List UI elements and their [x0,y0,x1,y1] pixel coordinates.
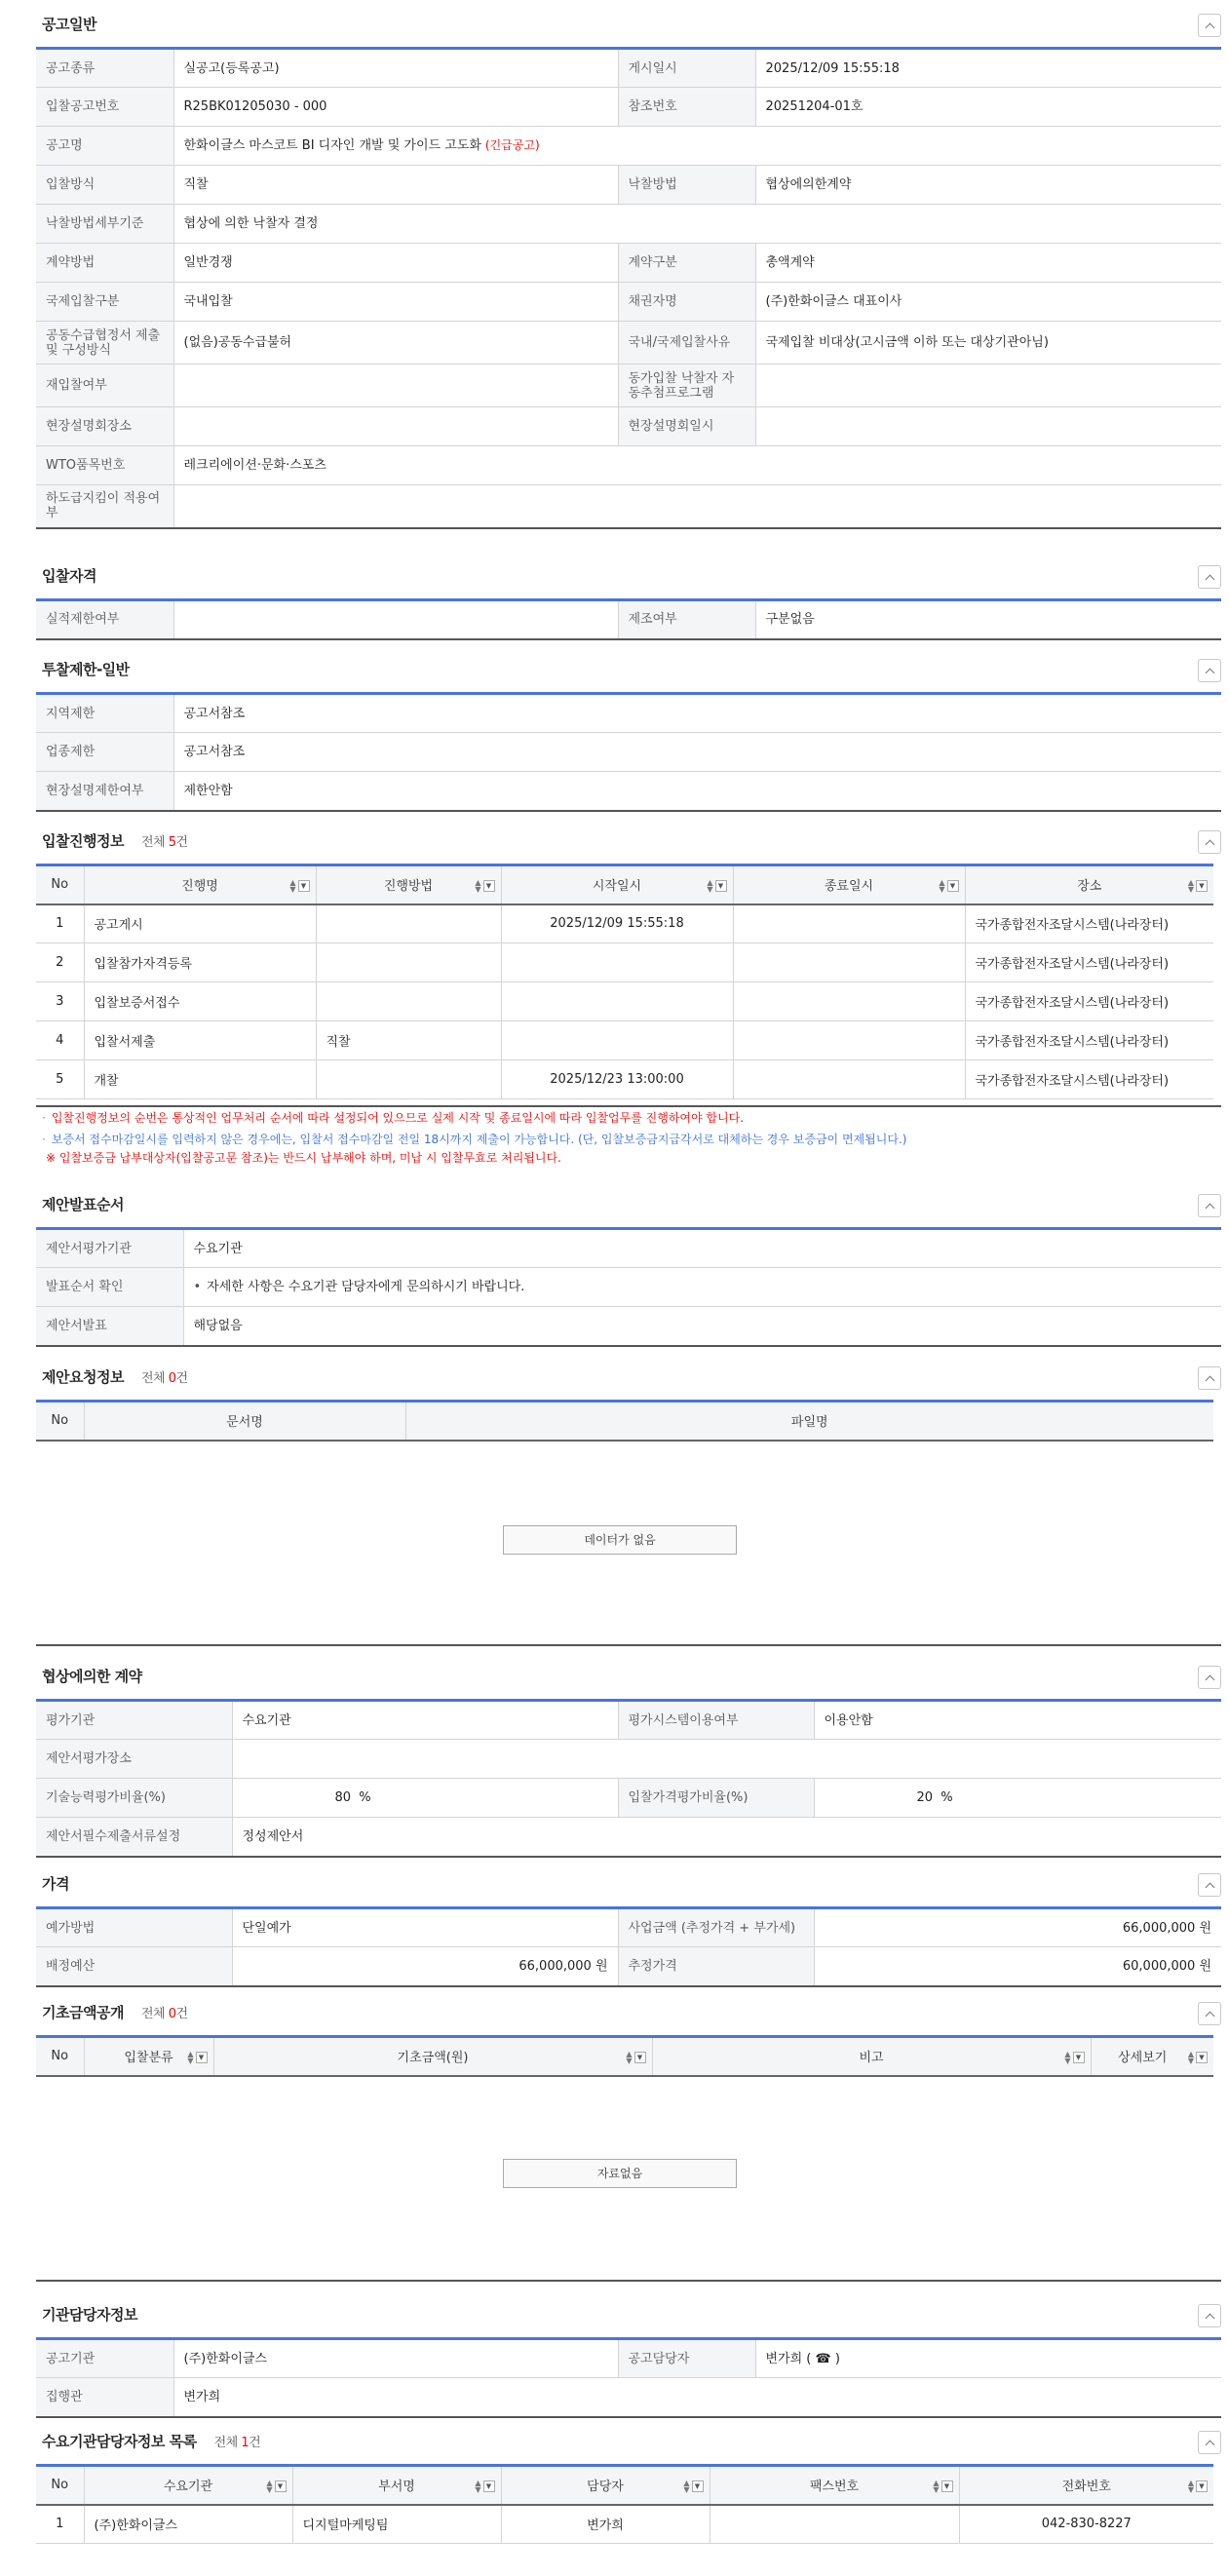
chevron-up-icon [1205,1674,1214,1684]
label: 업종제한 [36,733,173,772]
value: 공고서참조 [173,733,1221,772]
value: 변가희 [173,2378,1221,2417]
collapse-button[interactable] [1198,2002,1221,2025]
filter-dropdown-icon[interactable]: ▼ [947,880,959,892]
cell-person: 변가희 [501,2505,710,2544]
column-header-fax[interactable]: 팩스번호▲▼▼ [710,2466,959,2505]
count-prefix: 전체 [141,835,169,850]
filter-dropdown-icon[interactable]: ▼ [1073,2052,1085,2063]
cell-name: 개찰 [84,1060,316,1099]
cell-no: 2 [36,943,84,982]
notice-name: 한화이글스 마스코트 BI 디자인 개발 및 가이드 고도화(긴급공고) [173,127,1221,166]
section-title-text: 입찰진행정보 [42,832,124,850]
filter-dropdown-icon[interactable]: ▼ [1196,880,1208,892]
cell-place: 국가종합전자조달시스템(나라장터) [965,1060,1213,1099]
cell-no: 5 [36,1060,84,1099]
cell-dept: 디지털마케팅팀 [292,2505,501,2544]
table-row: 1공고게시2025/12/09 15:55:18국가종합전자조달시스템(나라장터… [36,904,1213,943]
section-title: 협상에의한 계약 [42,1666,142,1686]
bullet-icon: · [42,1133,46,1146]
chevron-up-icon [1205,1375,1214,1385]
count-badge: 전체 5건 [141,835,188,850]
sort-filter-control[interactable]: ▲▼▼ [475,2480,494,2493]
label: WTO품목번호 [36,446,173,485]
value: 2025/12/09 15:55:18 [755,49,1221,88]
label: 기술능력평가비율(%) [36,1779,232,1818]
label: 채권자명 [618,283,755,322]
qualification-table: 실적제한여부제조여부구분없음 [36,598,1221,640]
collapse-button[interactable] [1198,1873,1221,1897]
column-label: 장소 [1077,879,1101,894]
label: 참조번호 [618,88,755,127]
column-header-file: 파일명 [405,1402,1213,1441]
column-label: 시작일시 [593,879,641,894]
value: 일반경쟁 [173,244,618,283]
column-header-no: No [36,865,84,904]
cell-name: 입찰서제출 [84,1021,316,1060]
cell-place: 국가종합전자조달시스템(나라장터) [965,943,1213,982]
value [173,365,618,407]
price-table: 예가방법단일예가사업금액 (추정가격 + 부가세)66,000,000 원 배정… [36,1906,1221,1987]
note-warning: ※ 입찰보증금 납부대상자(입찰공고문 참조)는 반드시 납부해야 하며, 미납… [36,1150,1221,1166]
cell-start [501,1021,733,1060]
value: 공고서참조 [173,694,1221,733]
empty-message: 데이터가 없음 [503,1525,737,1555]
column-header-end[interactable]: 종료일시▲▼▼ [733,865,965,904]
section-title: 입찰자격 [42,565,96,586]
cell-no: 1 [36,904,84,943]
label: 제안서평가장소 [36,1740,232,1779]
note-text: 입찰진행정보의 순번은 통상적인 업무처리 순서에 따라 설정되어 있으므로 실… [52,1111,744,1125]
bullet-icon: • [194,1280,202,1294]
section-title: 수요기관담당자정보 목록전체 1건 [42,2431,260,2451]
note-red: ·입찰진행정보의 순번은 통상적인 업무처리 순서에 따라 설정되어 있으므로 … [36,1107,1221,1129]
section-title: 입찰진행정보전체 5건 [42,830,188,851]
table-row: 5개찰2025/12/23 13:00:00국가종합전자조달시스템(나라장터) [36,1060,1213,1099]
cell-start: 2025/12/23 13:00:00 [501,1060,733,1099]
table-row: 2입찰참가자격등록국가종합전자조달시스템(나라장터) [36,943,1213,982]
table-row: 3입찰보증서접수국가종합전자조달시스템(나라장터) [36,982,1213,1021]
value: 수요기관 [183,1229,1221,1268]
column-header-start[interactable]: 시작일시▲▼▼ [501,865,733,904]
count-prefix: 전체 [141,2007,169,2021]
cell-agency: (주)한화이글스 [84,2505,292,2544]
label: 공고기관 [36,2339,173,2378]
section-title: 제안발표순서 [42,1194,124,1214]
collapse-button[interactable] [1198,1194,1221,1217]
section-title: 기관담당자정보 [42,2304,137,2325]
cell-name: 입찰참가자격등록 [84,943,316,982]
value: 실공고(등록공고) [173,49,618,88]
chevron-up-icon [1205,2313,1214,2323]
label: 공동수급협정서 제출 및 구성방식 [36,322,173,365]
base-amount-table: No 입찰분류▲▼▼ 기초금액(원)▲▼▼ 비고▲▼▼ 상세보기▲▼▼ [36,2035,1213,2077]
presentation-section: 제안발표순서 제안서평가기관수요기관 발표순서 확인•자세한 사항은 수요기관 … [36,1180,1221,1347]
value: 직찰 [173,166,618,205]
label: 현장설명제한여부 [36,772,173,811]
label: 제안서필수제출서류설정 [36,1818,232,1857]
sort-icon[interactable]: ▲▼ [683,2480,689,2493]
cell-start [501,943,733,982]
value: 60,000,000 원 [814,1947,1221,1986]
count-suffix: 건 [175,835,187,850]
section-title: 가격 [42,1873,69,1894]
value: 협상에 의한 낙찰자 결정 [173,205,1221,244]
section-title-text: 기초금액공개 [42,2004,124,2021]
label: 계약구분 [618,244,755,283]
demand-contacts-table: No 수요기관▲▼▼ 부서명▲▼▼ 담당자▲▼▼ 팩스번호▲▼▼ 전화번호▲▼▼… [36,2464,1213,2544]
column-label: 상세보기 [1118,2051,1167,2065]
cell-method [316,982,501,1021]
value: 협상에의한계약 [755,166,1221,205]
sort-filter-control[interactable]: ▲▼▼ [1188,879,1208,893]
sort-icon[interactable]: ▲▼ [1188,2480,1194,2493]
value [173,600,618,639]
filter-dropdown-icon[interactable]: ▼ [941,2480,953,2492]
chevron-up-icon [1205,22,1214,32]
column-header-agency[interactable]: 수요기관▲▼▼ [84,2466,292,2505]
cell-place: 국가종합전자조달시스템(나라장터) [965,904,1213,943]
presentation-table: 제안서평가기관수요기관 발표순서 확인•자세한 사항은 수요기관 담당자에게 문… [36,1227,1221,1347]
filter-dropdown-icon[interactable]: ▼ [634,2052,646,2063]
sort-icon[interactable]: ▲▼ [475,2480,480,2493]
sort-filter-control[interactable]: ▲▼▼ [1064,2051,1084,2064]
label: 공고종류 [36,49,173,88]
cell-end [733,982,965,1021]
label: 현장설명회일시 [618,407,755,446]
sort-filter-control[interactable]: ▲▼▼ [266,2480,286,2493]
value: R25BK01205030 - 000 [173,88,618,127]
chevron-up-icon [1205,574,1214,584]
sort-filter-control[interactable]: ▲▼▼ [626,2051,645,2064]
collapse-button[interactable] [1198,1366,1221,1390]
label: 국내/국제입찰사유 [618,322,755,365]
filter-dropdown-icon[interactable]: ▼ [692,2480,704,2492]
value: 66,000,000 원 [814,1908,1221,1947]
sort-filter-control[interactable]: ▲▼▼ [939,879,958,893]
agency-contact-table: 공고기관(주)한화이글스공고담당자변가희 ( ☎ ) 집행관변가희 [36,2337,1221,2418]
label: 재입찰여부 [36,365,173,407]
chevron-up-icon [1205,2011,1214,2020]
restriction-section: 투찰제한-일반 지역제한공고서참조 업종제한공고서참조 현장설명제한여부제한안함 [36,645,1221,812]
column-header-person[interactable]: 담당자▲▼▼ [501,2466,710,2505]
cell-end [733,904,965,943]
count-number: 1 [241,2436,249,2450]
note-blue: ·보증서 접수마감일시를 입력하지 않은 경우에는, 입찰서 접수마감일 전일 … [36,1129,1221,1150]
label: 입찰가격평가비율(%) [618,1779,814,1818]
collapse-button[interactable] [1198,2304,1221,2327]
empty-message: 자료없음 [503,2159,737,2188]
proposal-request-table: No 문서명 파일명 [36,1400,1213,1442]
value: 20 % [814,1779,1221,1818]
cell-method [316,904,501,943]
label: 제안서발표 [36,1307,183,1346]
value: 수요기관 [232,1701,618,1740]
progress-table: No 진행명▲▼▼ 진행방법▲▼▼ 시작일시▲▼▼ 종료일시▲▼▼ 장소▲▼▼ … [36,864,1213,1099]
value: 단일예가 [232,1908,618,1947]
cell-place: 국가종합전자조달시스템(나라장터) [965,982,1213,1021]
value: 국제입찰 비대상(고시금액 이하 또는 대상기관아님) [755,322,1221,365]
cell-method: 직찰 [316,1021,501,1060]
agency-contact-section: 기관담당자정보 공고기관(주)한화이글스공고담당자변가희 ( ☎ ) 집행관변가… [36,2290,1221,2418]
count-badge: 전체 0건 [141,2007,188,2021]
count-suffix: 건 [175,1371,187,1386]
section-title: 투찰제한-일반 [42,659,130,679]
value: (주)한화이글스 [173,2339,618,2378]
label: 추정가격 [618,1947,814,1986]
column-header-no: No [36,1402,84,1441]
count-suffix: 건 [249,2436,260,2450]
label: 배정예산 [36,1947,232,1986]
column-header-category[interactable]: 입찰분류▲▼▼ [84,2037,213,2076]
cell-method [316,1060,501,1099]
column-header-phone[interactable]: 전화번호▲▼▼ [959,2466,1213,2505]
sort-filter-control[interactable]: ▲▼▼ [933,2480,952,2493]
sort-icon[interactable]: ▲▼ [1188,2051,1194,2064]
filter-dropdown-icon[interactable]: ▼ [275,2480,287,2492]
column-label: 수요기관 [164,2480,212,2494]
empty-area: 자료없음 [36,2077,1221,2282]
sort-icon[interactable]: ▲▼ [933,2480,939,2493]
label: 지역제한 [36,694,173,733]
cell-no: 4 [36,1021,84,1060]
filter-dropdown-icon[interactable]: ▼ [1196,2052,1208,2063]
label: 게시일시 [618,49,755,88]
cell-no: 1 [36,2505,84,2544]
column-label: 부서명 [378,2480,415,2494]
column-header-remark[interactable]: 비고▲▼▼ [652,2037,1091,2076]
sort-filter-control[interactable]: ▲▼▼ [475,879,494,893]
column-header-doc: 문서명 [84,1402,405,1441]
count-badge: 전체 1건 [214,2436,261,2450]
collapse-button[interactable] [1198,2431,1221,2454]
base-amount-section: 기초금액공개전체 0건 No 입찰분류▲▼▼ 기초금액(원)▲▼▼ 비고▲▼▼ … [36,1988,1221,2282]
column-header-name[interactable]: 진행명▲▼▼ [84,865,316,904]
value: (주)한화이글스 대표이사 [755,283,1221,322]
collapse-button[interactable] [1198,1666,1221,1689]
value: 정성제안서 [232,1818,1221,1857]
filter-dropdown-icon[interactable]: ▼ [483,2480,495,2492]
bullet-icon: · [42,1111,46,1125]
section-title-text: 제안요청정보 [42,1368,124,1386]
urgent-badge: (긴급공고) [485,138,540,152]
count-badge: 전체 0건 [141,1371,188,1386]
sort-filter-control[interactable]: ▲▼▼ [1188,2480,1208,2493]
note-text: 보증서 접수마감일시를 입력하지 않은 경우에는, 입찰서 접수마감일 전일 1… [52,1133,907,1146]
label: 낙찰방법 [618,166,755,205]
label: 계약방법 [36,244,173,283]
label: 입찰공고번호 [36,88,173,127]
value [173,485,1221,528]
sort-icon[interactable]: ▲▼ [1064,2051,1070,2064]
label: 공고담당자 [618,2339,755,2378]
value: 해당없음 [183,1307,1221,1346]
cell-phone: 042-830-8227 [959,2505,1213,2544]
general-table: 공고종류실공고(등록공고)게시일시2025/12/09 15:55:18 입찰공… [36,47,1221,529]
value: 레크리에이션·문화·스포츠 [173,446,1221,485]
sort-icon[interactable]: ▲▼ [939,879,944,893]
label: 제안서평가기관 [36,1229,183,1268]
cell-fax [710,2505,959,2544]
sort-filter-control[interactable]: ▲▼▼ [289,879,309,893]
column-header-amount[interactable]: 기초금액(원)▲▼▼ [213,2037,652,2076]
qualification-section: 입찰자격 실적제한여부제조여부구분없음 [36,552,1221,640]
label: 동가입찰 낙찰자 자동추첨프로그램 [618,365,755,407]
count-prefix: 전체 [141,1371,169,1386]
column-label: 비고 [859,2051,883,2065]
chevron-up-icon [1205,1882,1214,1892]
sort-filter-control[interactable]: ▲▼▼ [187,2051,207,2064]
column-label: 입찰분류 [124,2051,173,2065]
cell-end [733,1021,965,1060]
sort-icon[interactable]: ▲▼ [266,2480,272,2493]
table-row: 4입찰서제출직찰국가종합전자조달시스템(나라장터) [36,1021,1213,1060]
label: 평가시스템이용여부 [618,1701,814,1740]
collapse-button[interactable] [1198,565,1221,589]
sort-icon[interactable]: ▲▼ [626,2051,632,2064]
chevron-up-icon [1205,668,1214,677]
value [232,1740,1221,1779]
column-header-place[interactable]: 장소▲▼▼ [965,865,1213,904]
label: 입찰방식 [36,166,173,205]
label: 발표순서 확인 [36,1268,183,1307]
column-header-detail[interactable]: 상세보기▲▼▼ [1091,2037,1213,2076]
sort-icon[interactable]: ▲▼ [187,2051,193,2064]
column-label: 기초금액(원) [398,2051,469,2065]
cell-place: 국가종합전자조달시스템(나라장터) [965,1021,1213,1060]
sort-icon[interactable]: ▲▼ [289,879,295,893]
value: 제한안함 [173,772,1221,811]
sort-filter-control[interactable]: ▲▼▼ [707,879,726,893]
negotiation-section: 협상에의한 계약 평가기관수요기관평가시스템이용여부이용안함 제안서평가장소 기… [36,1652,1221,1858]
label: 공고명 [36,127,173,166]
column-label: 전화번호 [1062,2480,1111,2494]
value [755,365,1221,407]
empty-area: 데이터가 없음 [36,1442,1221,1646]
cell-method [316,943,501,982]
section-title: 제안요청정보전체 0건 [42,1366,188,1387]
label: 평가기관 [36,1701,232,1740]
column-header-no: No [36,2037,84,2076]
filter-dropdown-icon[interactable]: ▼ [1196,2480,1208,2492]
label: 낙찰방법세부기준 [36,205,173,244]
notice-notes: ·입찰진행정보의 순번은 통상적인 업무처리 순서에 따라 설정되어 있으므로 … [36,1107,1221,1166]
column-label: 진행방법 [384,879,433,894]
sort-filter-control[interactable]: ▲▼▼ [683,2480,703,2493]
section-title-text: 수요기관담당자정보 목록 [42,2433,197,2450]
label: 실적제한여부 [36,600,173,639]
sort-icon[interactable]: ▲▼ [707,879,712,893]
negotiation-table: 평가기관수요기관평가시스템이용여부이용안함 제안서평가장소 기술능력평가비율(%… [36,1699,1221,1858]
sort-filter-control[interactable]: ▲▼▼ [1188,2051,1208,2064]
value [173,407,618,446]
price-section: 가격 예가방법단일예가사업금액 (추정가격 + 부가세)66,000,000 원… [36,1860,1221,1987]
chevron-up-icon [1205,2440,1214,2449]
cell-end [733,1060,965,1099]
demand-contacts-section: 수요기관담당자정보 목록전체 1건 No 수요기관▲▼▼ 부서명▲▼▼ 담당자▲… [36,2417,1221,2544]
value: 20251204-01호 [755,88,1221,127]
value: (없음)공동수급불허 [173,322,618,365]
sort-icon[interactable]: ▲▼ [475,879,480,893]
label: 사업금액 (추정가격 + 부가세) [618,1908,814,1947]
cell-start [501,982,733,1021]
value [755,407,1221,446]
collapse-button[interactable] [1198,830,1221,854]
label: 하도급지킴이 적용여부 [36,485,173,528]
table-row: 1 (주)한화이글스 디지털마케팅팀 변가희 042-830-8227 [36,2505,1213,2544]
value: 66,000,000 원 [232,1947,618,1986]
value: 구분없음 [755,600,1221,639]
general-section: 공고일반 공고종류실공고(등록공고)게시일시2025/12/09 15:55:1… [36,0,1221,529]
restriction-table: 지역제한공고서참조 업종제한공고서참조 현장설명제한여부제한안함 [36,692,1221,812]
filter-dropdown-icon[interactable]: ▼ [196,2052,208,2063]
cell-no: 3 [36,982,84,1021]
value: 변가희 ( ☎ ) [755,2339,1221,2378]
column-label: 진행명 [181,879,218,894]
value-text: 자세한 사항은 수요기관 담당자에게 문의하시기 바랍니다. [207,1280,524,1294]
section-title: 기초금액공개전체 0건 [42,2002,188,2022]
column-label: 종료일시 [825,879,873,894]
cell-name: 공고게시 [84,904,316,943]
label: 제조여부 [618,600,755,639]
column-label: 담당자 [587,2480,624,2494]
collapse-button[interactable] [1198,14,1221,37]
filter-dropdown-icon[interactable]: ▼ [298,880,310,892]
label: 예가방법 [36,1908,232,1947]
section-title: 공고일반 [42,14,96,34]
value: 국내입찰 [173,283,618,322]
value: 80 % [232,1779,618,1818]
column-header-no: No [36,2466,84,2505]
label: 집행관 [36,2378,173,2417]
label: 현장설명회장소 [36,407,173,446]
value: 총액계약 [755,244,1221,283]
cell-name: 입찰보증서접수 [84,982,316,1021]
column-label: 팩스번호 [810,2480,859,2494]
count-suffix: 건 [175,2007,187,2021]
filter-dropdown-icon[interactable]: ▼ [715,880,727,892]
column-header-method[interactable]: 진행방법▲▼▼ [316,865,501,904]
column-header-dept[interactable]: 부서명▲▼▼ [292,2466,501,2505]
value: 이용안함 [814,1701,1221,1740]
chevron-up-icon [1205,839,1214,849]
proposal-request-section: 제안요청정보전체 0건 No 문서명 파일명 데이터가 없음 [36,1353,1221,1646]
cell-start: 2025/12/09 15:55:18 [501,904,733,943]
notice-name-text: 한화이글스 마스코트 BI 디자인 개발 및 가이드 고도화 [184,138,481,153]
filter-dropdown-icon[interactable]: ▼ [483,880,495,892]
chevron-up-icon [1205,1203,1214,1212]
count-prefix: 전체 [214,2436,242,2450]
value: •자세한 사항은 수요기관 담당자에게 문의하시기 바랍니다. [183,1268,1221,1307]
progress-section: 입찰진행정보전체 5건 No 진행명▲▼▼ 진행방법▲▼▼ 시작일시▲▼▼ 종료… [36,817,1221,1107]
label: 국제입찰구분 [36,283,173,322]
collapse-button[interactable] [1198,659,1221,682]
sort-icon[interactable]: ▲▼ [1188,879,1194,893]
cell-end [733,943,965,982]
